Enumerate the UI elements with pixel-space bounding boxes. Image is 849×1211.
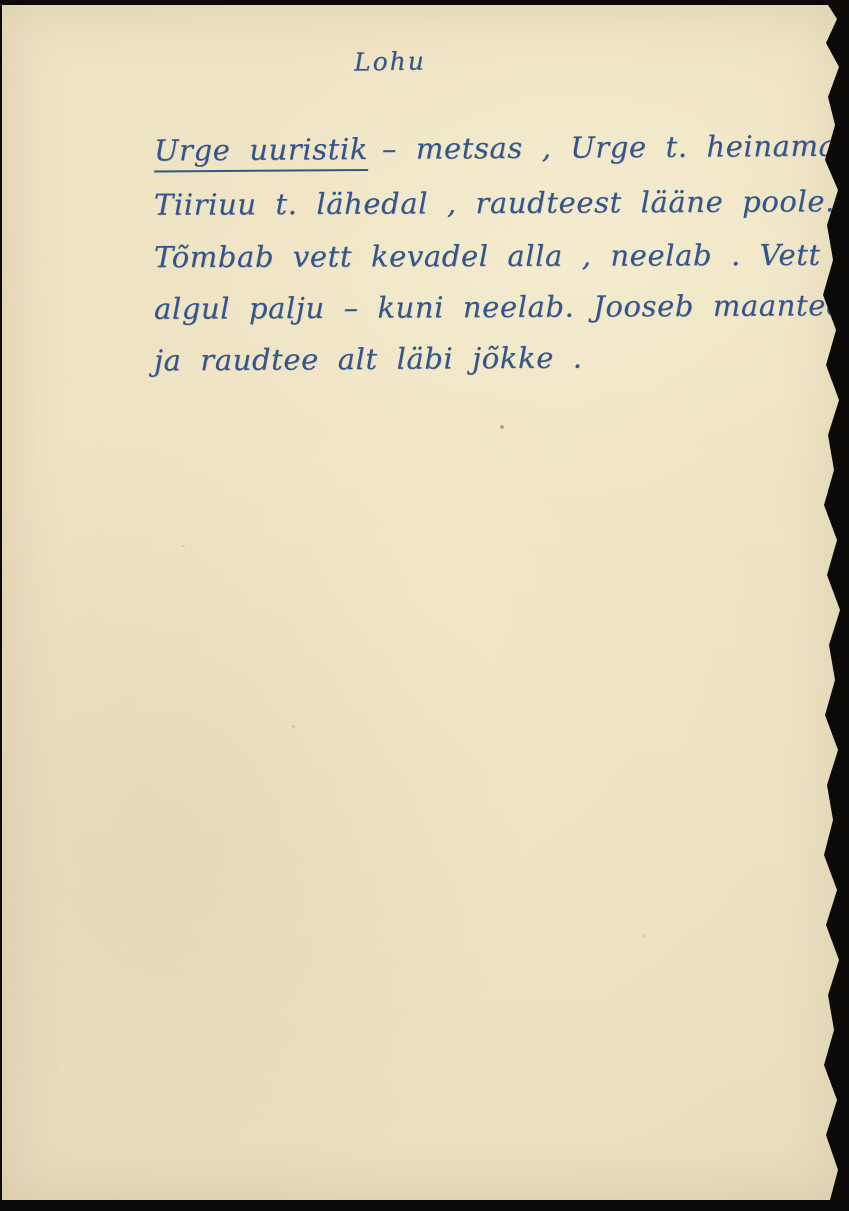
handwriting-line: Tõmbab vett kevadel alla , neelab . Vett	[154, 238, 821, 274]
paper-sheet: Lohu Urge uuristik– metsas , Urge t. hei…	[2, 5, 843, 1200]
paper-speck	[642, 935, 645, 938]
handwriting-line: ja raudtee alt läbi jõkke .	[154, 341, 583, 378]
ink-speck	[500, 425, 504, 429]
paper-speck	[292, 725, 295, 728]
note-heading-rest: – metsas , Urge t. heinamaal	[382, 129, 849, 166]
handwriting-line: Urge uuristik– metsas , Urge t. heinamaa…	[154, 129, 849, 168]
note-heading: Urge uuristik	[154, 132, 368, 172]
paper-speck	[182, 545, 185, 547]
handwriting-line: Tiiriuu t. lähedal , raudteest lääne poo…	[154, 184, 835, 222]
handwriting-line: algul palju – kuni neelab. Jooseb maante…	[154, 288, 844, 326]
scan-background: Lohu Urge uuristik– metsas , Urge t. hei…	[0, 0, 849, 1211]
page-title: Lohu	[354, 46, 426, 76]
